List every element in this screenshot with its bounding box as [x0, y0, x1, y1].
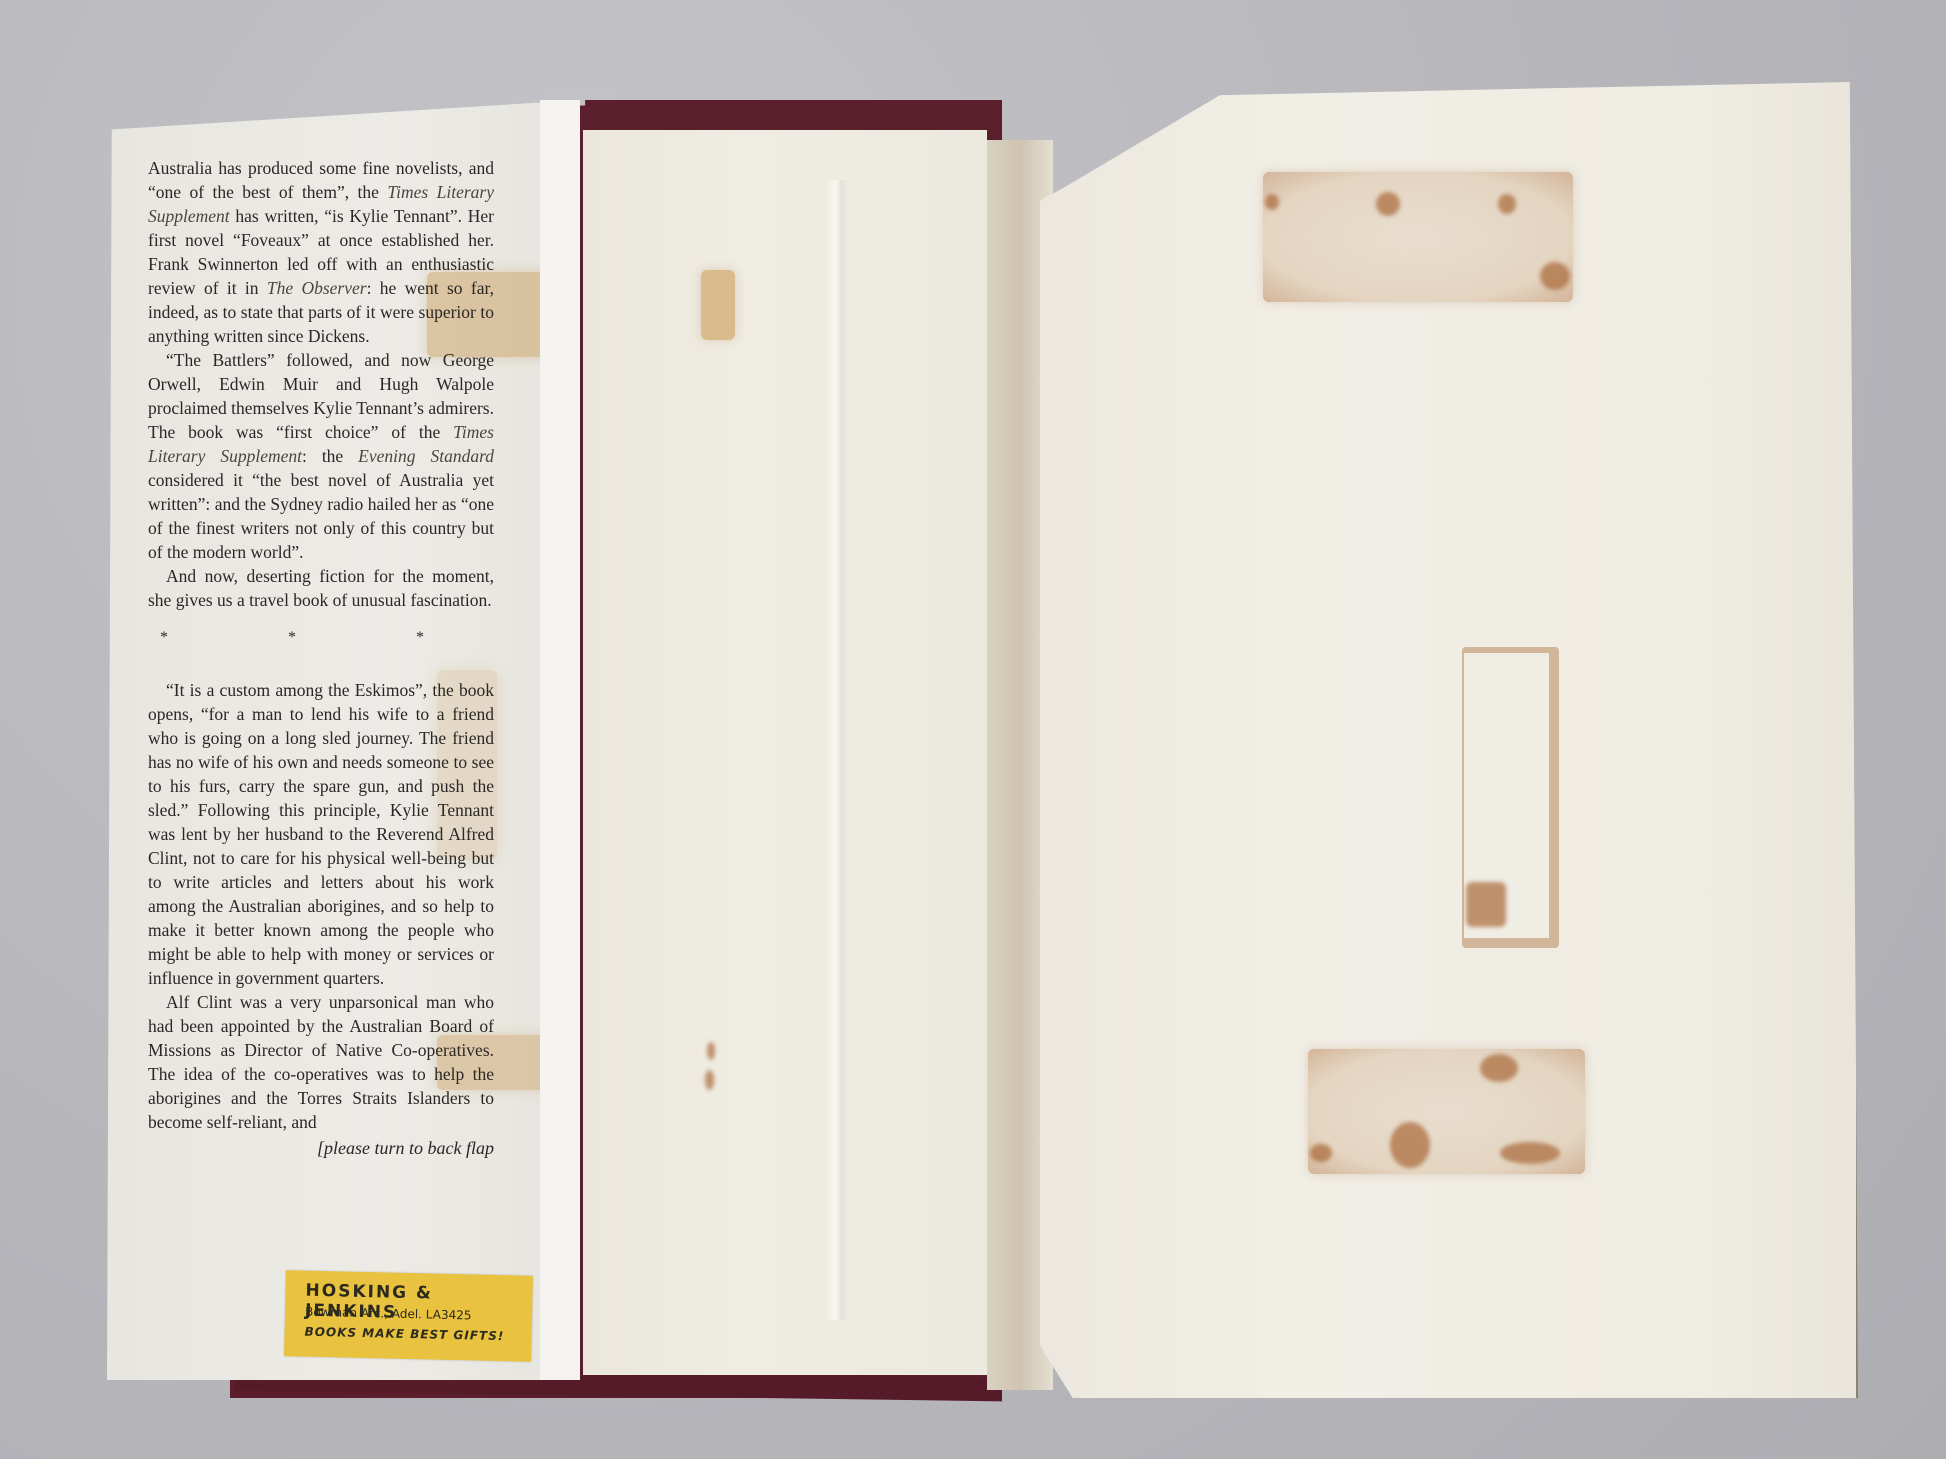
- blurb-paragraph: “It is a custom among the Eskimos”, the …: [148, 678, 494, 990]
- text-run: “The Battlers” followed, and now George …: [148, 350, 494, 442]
- endpaper-crease: [826, 180, 848, 1320]
- tape-stain-spot: [1390, 1122, 1430, 1168]
- text-run: And now, deserting fiction for the momen…: [148, 566, 494, 610]
- flap-fold-strip: [540, 100, 580, 1380]
- bookseller-sticker: HOSKING & JENKINS Bowman Arc., Adel. LA3…: [284, 1270, 533, 1362]
- blurb-paragraphs-continued: “It is a custom among the Eskimos”, the …: [148, 678, 494, 1134]
- text-run: considered it “the best novel of Austral…: [148, 470, 494, 562]
- tape-stain-spot: [1376, 192, 1400, 216]
- section-separator: * * *: [148, 626, 494, 650]
- tape-stain-spot: [1498, 194, 1516, 214]
- tape-stain-spot: [1480, 1054, 1518, 1082]
- blurb-paragraph: And now, deserting fiction for the momen…: [148, 564, 494, 612]
- free-endpaper-page: [1040, 82, 1858, 1398]
- tape-stain-spot: [1500, 1142, 1560, 1164]
- italic-title: The Observer: [267, 278, 367, 298]
- italic-title: Evening Standard: [358, 446, 494, 466]
- tape-stain-spot: [1540, 262, 1570, 290]
- tape-stain-top: [1263, 172, 1573, 302]
- tape-stain-spot: [1310, 1144, 1332, 1162]
- tape-stain-spot: [1265, 194, 1279, 210]
- blurb-paragraph: “The Battlers” followed, and now George …: [148, 348, 494, 564]
- flap-blurb: Australia has produced some fine novel­i…: [148, 156, 494, 1160]
- tape-stain-spot: [1466, 882, 1506, 927]
- text-run: Alf Clint was a very unparsonical man wh…: [148, 992, 494, 1132]
- tape-stain: [701, 270, 735, 340]
- blurb-paragraph: Australia has produced some fine novel­i…: [148, 156, 494, 348]
- text-run: : the: [302, 446, 358, 466]
- blurb-paragraphs: Australia has produced some fine novel­i…: [148, 156, 494, 612]
- bookseller-slogan: BOOKS MAKE BEST GIFTS!: [304, 1325, 504, 1344]
- tape-stain-spot: [707, 1042, 715, 1060]
- tape-stain-spot: [705, 1070, 714, 1090]
- text-run: “It is a custom among the Eskimos”, the …: [148, 680, 494, 988]
- blurb-paragraph: Alf Clint was a very unparsonical man wh…: [148, 990, 494, 1134]
- continuation-note: [please turn to back flap: [148, 1136, 494, 1160]
- pastedown-endpaper: [583, 130, 987, 1375]
